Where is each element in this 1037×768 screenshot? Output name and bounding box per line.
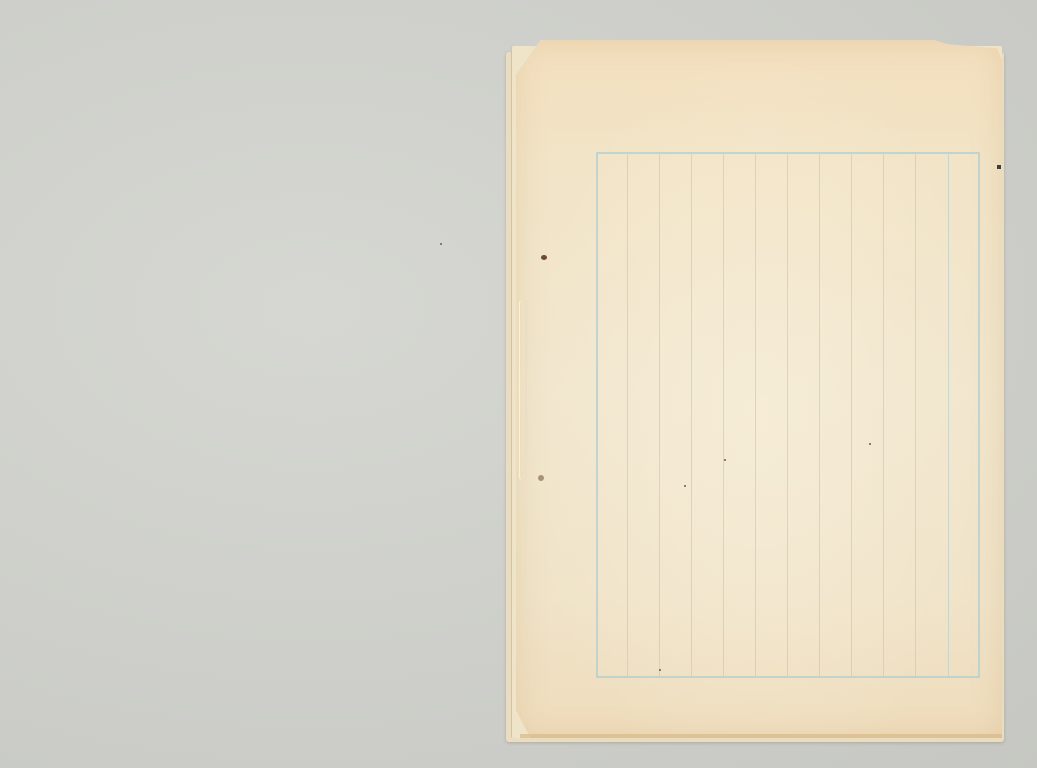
edge-mark	[997, 165, 1001, 169]
paper-speck	[659, 669, 661, 671]
paper-speck	[869, 443, 871, 445]
ruled-line	[787, 154, 788, 676]
paper-speck	[724, 459, 726, 461]
page-bottom-edge	[520, 734, 1002, 738]
ruled-line	[851, 154, 852, 676]
ruled-line	[723, 154, 724, 676]
ruled-line	[819, 154, 820, 676]
binding-hole-lower	[538, 475, 544, 481]
ruled-line	[883, 154, 884, 676]
binding-hole-upper	[541, 255, 547, 260]
ruled-grid	[596, 152, 980, 678]
paper-speck	[684, 485, 686, 487]
ruled-line	[627, 154, 628, 676]
ruled-line	[659, 154, 660, 676]
surface-speck	[440, 243, 442, 245]
ruled-line	[691, 154, 692, 676]
ruled-line	[948, 154, 949, 676]
ruled-line	[755, 154, 756, 676]
binding-thread	[519, 300, 527, 480]
ruled-line	[915, 154, 916, 676]
